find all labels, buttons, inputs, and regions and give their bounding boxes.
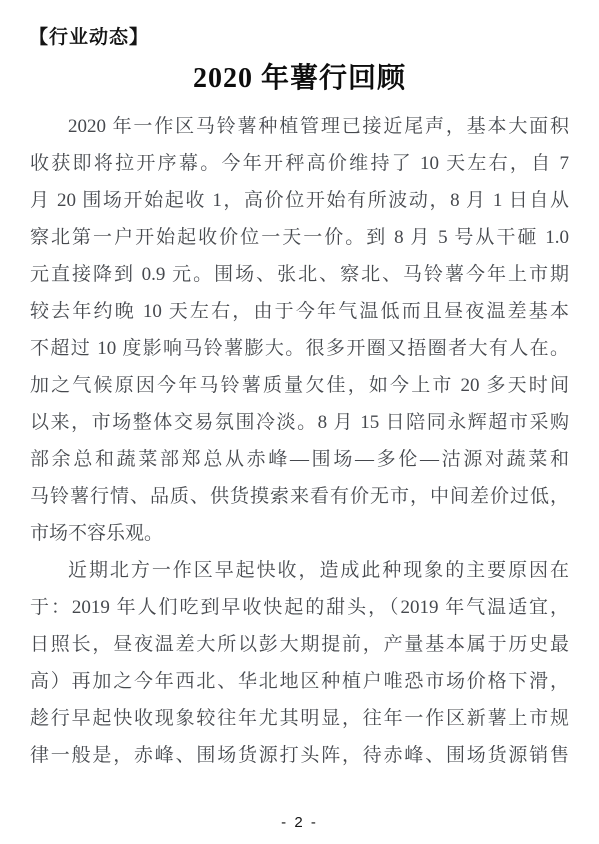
paragraph-line: 加之气候原因今年马铃薯质量欠佳，如今上市 20 多天时间 [30,367,569,404]
paragraph-line: 月 20 围场开始起收 1，高价位开始有所波动，8 月 1 日自从 [30,182,569,219]
paragraph-line: 2020 年一作区马铃薯种植管理已接近尾声，基本大面积 [30,108,569,145]
paragraph-line: 较去年约晚 10 天左右，由于今年气温低而且昼夜温差基本 [30,293,569,330]
paragraph-line: 察北第一户开始起收价位一天一价。到 8 月 5 号从干砸 1.0 [30,219,569,256]
paragraph-line: 以来，市场整体交易氛围冷淡。8 月 15 日陪同永辉超市采购 [30,404,569,441]
document-page: 【行业动态】 2020 年薯行回顾 2020 年一作区马铃薯种植管理已接近尾声，… [0,0,599,844]
paragraph-line: 市场不容乐观。 [30,515,569,552]
paragraph: 近期北方一作区早起快收，造成此种现象的主要原因在于：2019 年人们吃到早收快起… [30,552,569,774]
paragraph-line: 元直接降到 0.9 元。围场、张北、察北、马铃薯今年上市期 [30,256,569,293]
paragraph-line: 马铃薯行情、品质、供货摸索来看有价无市，中间差价过低， [30,478,569,515]
paragraph-line: 趁行早起快收现象较往年尤其明显，往年一作区新薯上市规 [30,700,569,737]
paragraph-line: 律一般是，赤峰、围场货源打头阵，待赤峰、围场货源销售 [30,737,569,774]
paragraph: 2020 年一作区马铃薯种植管理已接近尾声，基本大面积收获即将拉开序幕。今年开秤… [30,108,569,552]
paragraph-line: 收获即将拉开序幕。今年开秤高价维持了 10 天左右，自 7 [30,145,569,182]
paragraph-line: 高）再加之今年西北、华北地区种植户唯恐市场价格下滑， [30,663,569,700]
paragraph-line: 于：2019 年人们吃到早收快起的甜头，（2019 年气温适宜， [30,589,569,626]
page-number: - 2 - [0,814,599,831]
paragraph-line: 日照长，昼夜温差大所以彭大期提前，产量基本属于历史最 [30,626,569,663]
paragraph-line: 近期北方一作区早起快收，造成此种现象的主要原因在 [30,552,569,589]
paragraph-line: 不超过 10 度影响马铃薯膨大。很多开圈又捂圈者大有人在。 [30,330,569,367]
page-title: 2020 年薯行回顾 [0,56,599,96]
body-paragraphs: 2020 年一作区马铃薯种植管理已接近尾声，基本大面积收获即将拉开序幕。今年开秤… [30,108,569,774]
paragraph-line: 部余总和蔬菜部郑总从赤峰—围场—多伦—沽源对蔬菜和 [30,441,569,478]
section-header: 【行业动态】 [29,22,149,49]
